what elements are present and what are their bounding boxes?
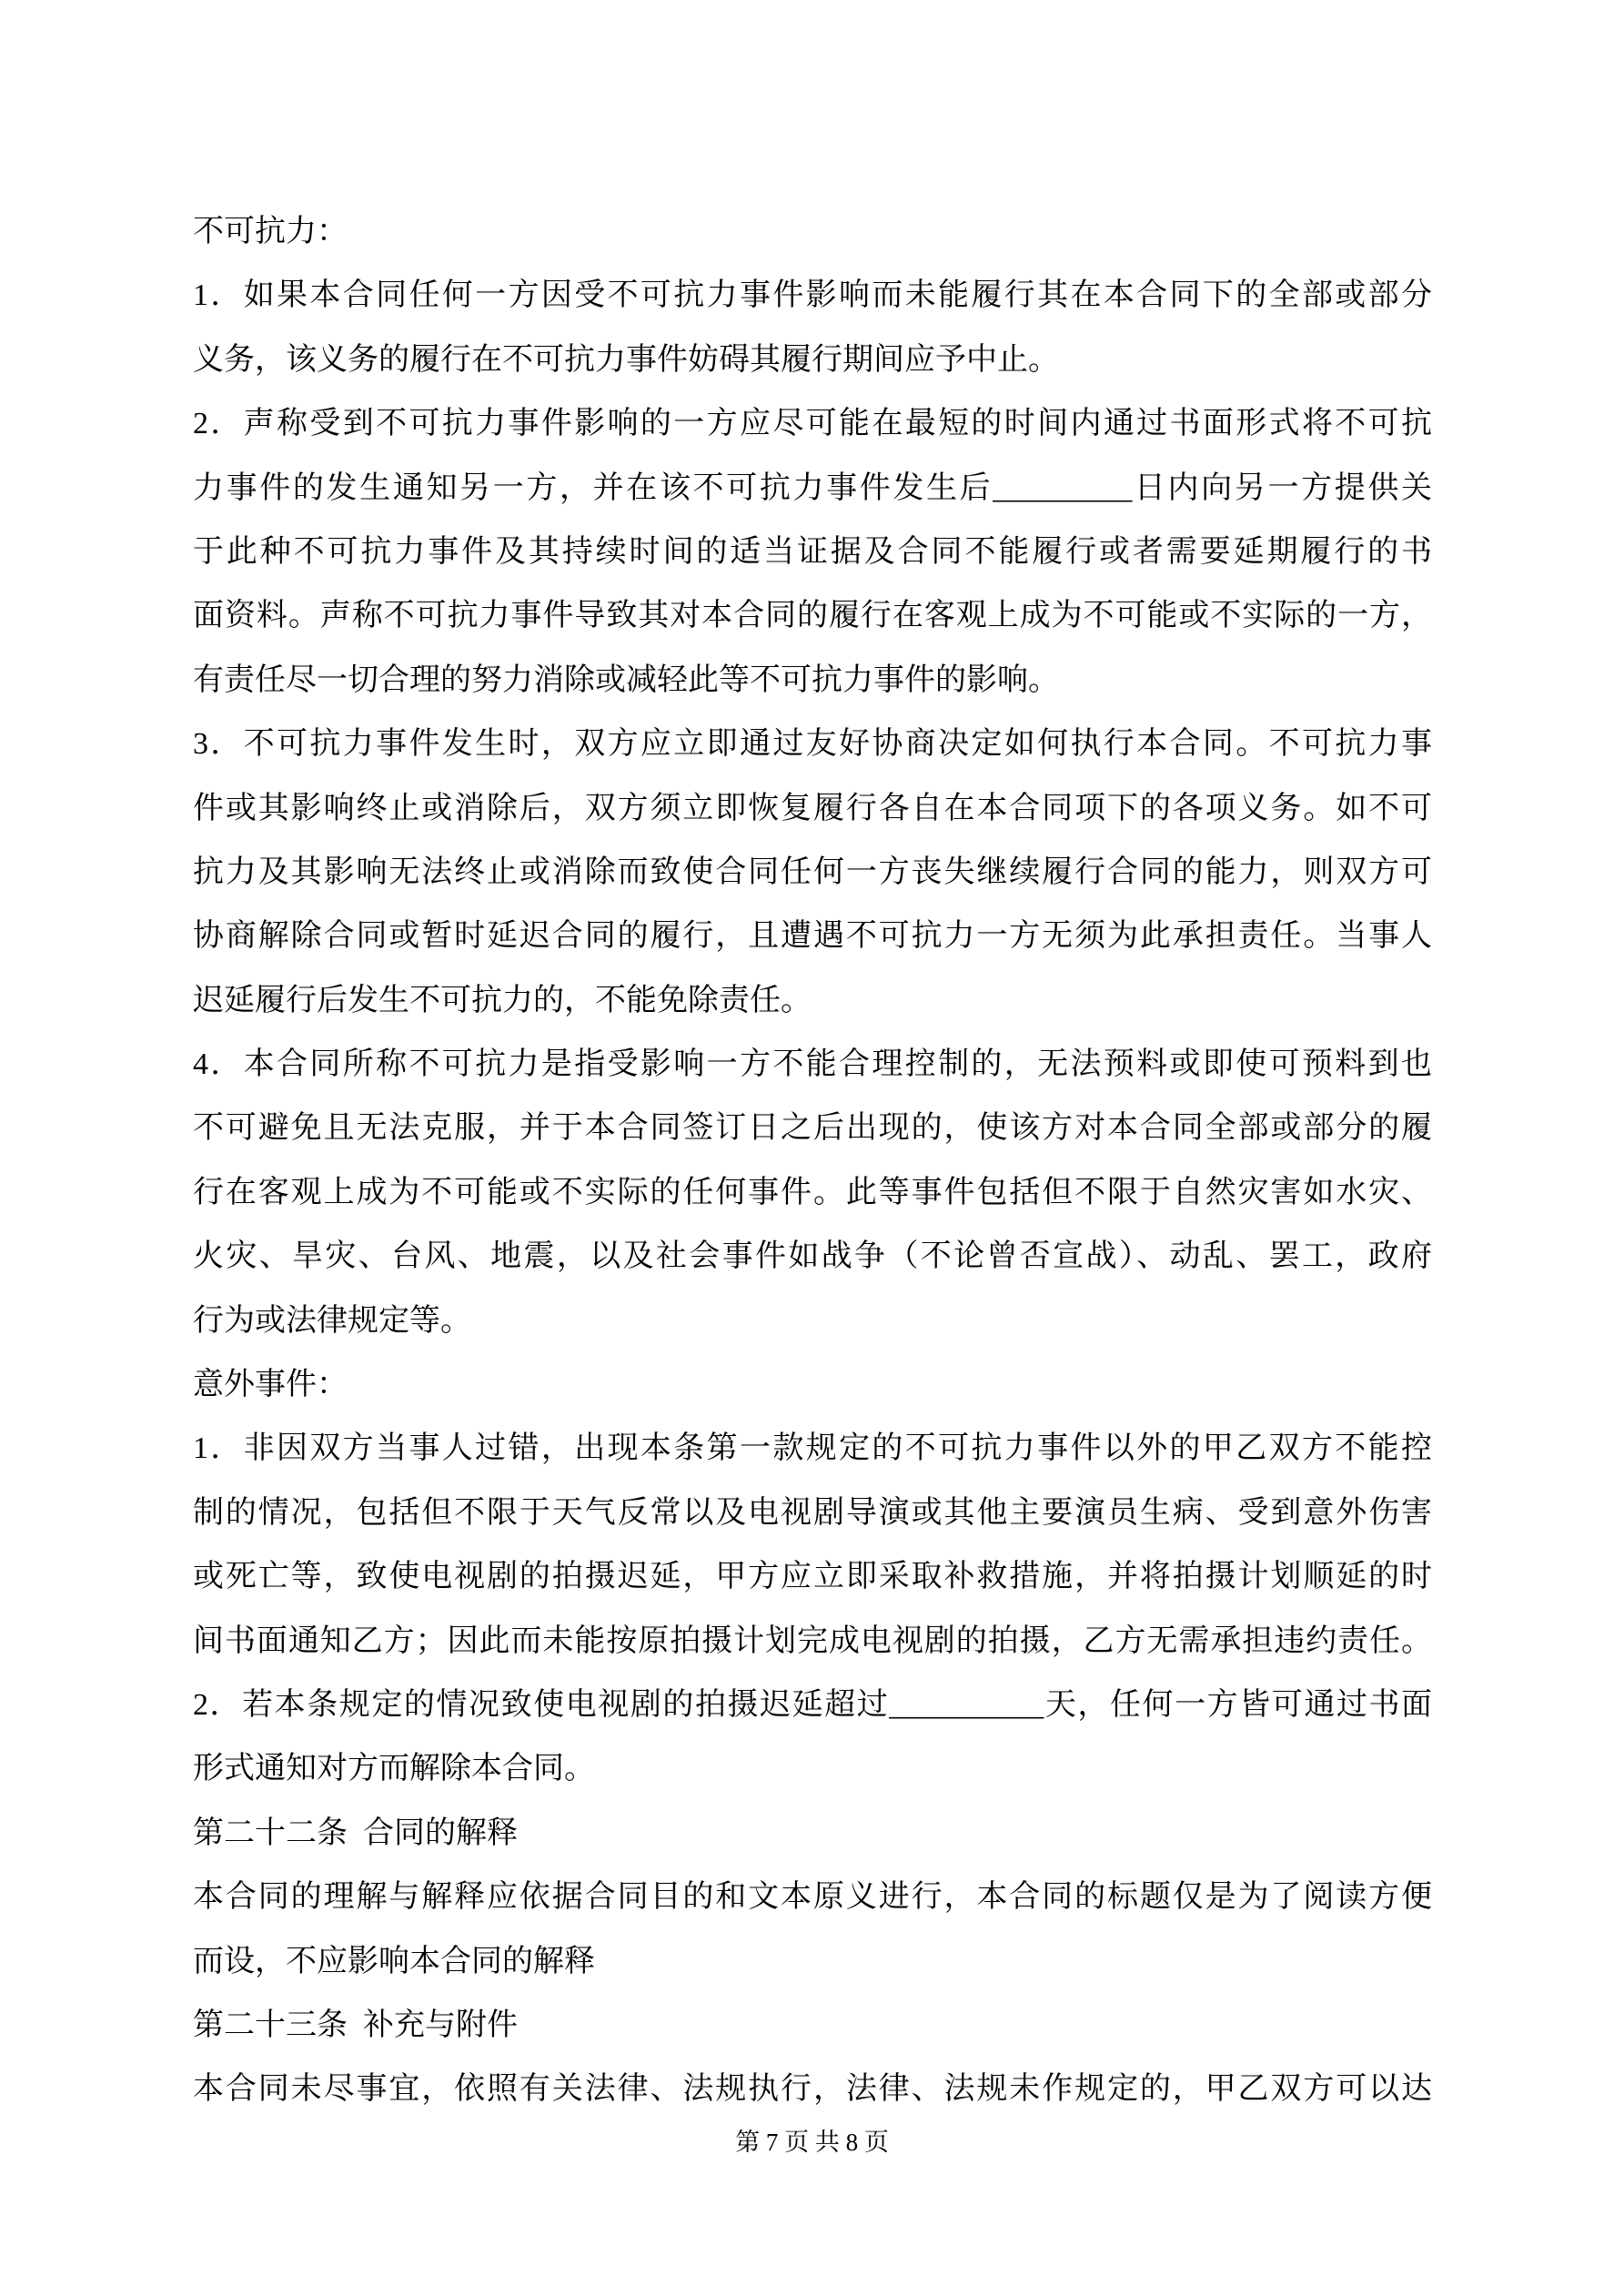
text-line: 第二十三条 补充与附件	[193, 1994, 1432, 2058]
text-line: 件或其影响终止或消除后，双方须立即恢复履行各自在本合同项下的各项义务。如不可	[193, 777, 1432, 841]
text-line-blank-field: 2．若本条规定的情况致使电视剧的拍摄迟延超过__________天，任何一方皆可…	[193, 1674, 1432, 1737]
text-line: 第二十二条 合同的解释	[193, 1802, 1432, 1866]
text-line: 1．非因双方当事人过错，出现本条第一款规定的不可抗力事件以外的甲乙双方不能控	[193, 1417, 1432, 1481]
text-line: 抗力及其影响无法终止或消除而致使合同任何一方丧失继续履行合同的能力，则双方可	[193, 841, 1432, 905]
text-line: 不可抗力：	[193, 200, 1432, 264]
text-line: 本合同的理解与解释应依据合同目的和文本原义进行，本合同的标题仅是为了阅读方便	[193, 1866, 1432, 1929]
text-line: 制的情况，包括但不限于天气反常以及电视剧导演或其他主要演员生病、受到意外伤害	[193, 1482, 1432, 1545]
text-line: 本合同未尽事宜，依照有关法律、法规执行，法律、法规未作规定的，甲乙双方可以达	[193, 2058, 1432, 2121]
text-line: 4．本合同所称不可抗力是指受影响一方不能合理控制的，无法预料或即使可预料到也	[193, 1033, 1432, 1097]
text-line: 协商解除合同或暂时延迟合同的履行，且遭遇不可抗力一方无须为此承担责任。当事人	[193, 905, 1432, 968]
text-line: 有责任尽一切合理的努力消除或减轻此等不可抗力事件的影响。	[193, 649, 1432, 713]
text-line-blank-field: 力事件的发生通知另一方，并在该不可抗力事件发生后_________日内向另一方提…	[193, 457, 1432, 521]
text-line: 3．不可抗力事件发生时，双方应立即通过友好协商决定如何执行本合同。不可抗力事	[193, 713, 1432, 776]
text-line: 间书面通知乙方；因此而未能按原拍摄计划完成电视剧的拍摄，乙方无需承担违约责任。	[193, 1610, 1432, 1674]
page-footer: 第 7 页 共 8 页	[0, 2124, 1624, 2160]
text-line: 1．如果本合同任何一方因受不可抗力事件影响而未能履行其在本合同下的全部或部分	[193, 264, 1432, 328]
text-line: 意外事件：	[193, 1353, 1432, 1417]
text-line: 而设，不应影响本合同的解释	[193, 1930, 1432, 1994]
text-line: 不可避免且无法克服，并于本合同签订日之后出现的，使该方对本合同全部或部分的履	[193, 1097, 1432, 1160]
text-line: 迟延履行后发生不可抗力的，不能免除责任。	[193, 969, 1432, 1033]
document-page: 不可抗力：1．如果本合同任何一方因受不可抗力事件影响而未能履行其在本合同下的全部…	[0, 0, 1624, 2296]
text-line: 形式通知对方而解除本合同。	[193, 1737, 1432, 1801]
text-line: 火灾、旱灾、台风、地震，以及社会事件如战争（不论曾否宣战）、动乱、罢工，政府	[193, 1225, 1432, 1289]
text-line: 行为或法律规定等。	[193, 1290, 1432, 1353]
text-line: 2．声称受到不可抗力事件影响的一方应尽可能在最短的时间内通过书面形式将不可抗	[193, 392, 1432, 456]
text-line: 义务，该义务的履行在不可抗力事件妨碍其履行期间应予中止。	[193, 329, 1432, 392]
document-body: 不可抗力：1．如果本合同任何一方因受不可抗力事件影响而未能履行其在本合同下的全部…	[193, 200, 1432, 2122]
text-line: 于此种不可抗力事件及其持续时间的适当证据及合同不能履行或者需要延期履行的书	[193, 521, 1432, 584]
text-line: 行在客观上成为不可能或不实际的任何事件。此等事件包括但不限于自然灾害如水灾、	[193, 1161, 1432, 1225]
text-line: 或死亡等，致使电视剧的拍摄迟延，甲方应立即采取补救措施，并将拍摄计划顺延的时	[193, 1545, 1432, 1609]
text-line: 面资料。声称不可抗力事件导致其对本合同的履行在客观上成为不可能或不实际的一方，	[193, 584, 1432, 648]
